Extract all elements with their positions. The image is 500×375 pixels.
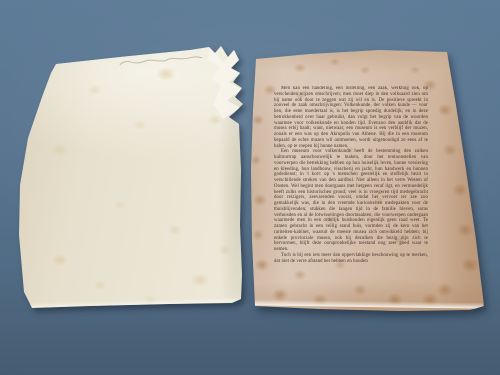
paragraph-2: Een museum voor volkenkunde heeft de bes…	[274, 149, 428, 253]
paragraph-1: Men kan een handeling, een instelling, e…	[274, 86, 428, 149]
photo-surface: Men kan een handeling, een instelling, e…	[0, 0, 500, 375]
right-page: Men kan een handeling, een instelling, e…	[0, 0, 500, 375]
right-page-shadow: Men kan een handeling, een instelling, e…	[0, 0, 500, 375]
printed-text-block: Men kan een handeling, een instelling, e…	[274, 86, 428, 276]
paragraph-3: Toch is bij een iets meer dan oppervlakk…	[274, 253, 428, 265]
right-page-bottom-edge	[253, 299, 483, 308]
